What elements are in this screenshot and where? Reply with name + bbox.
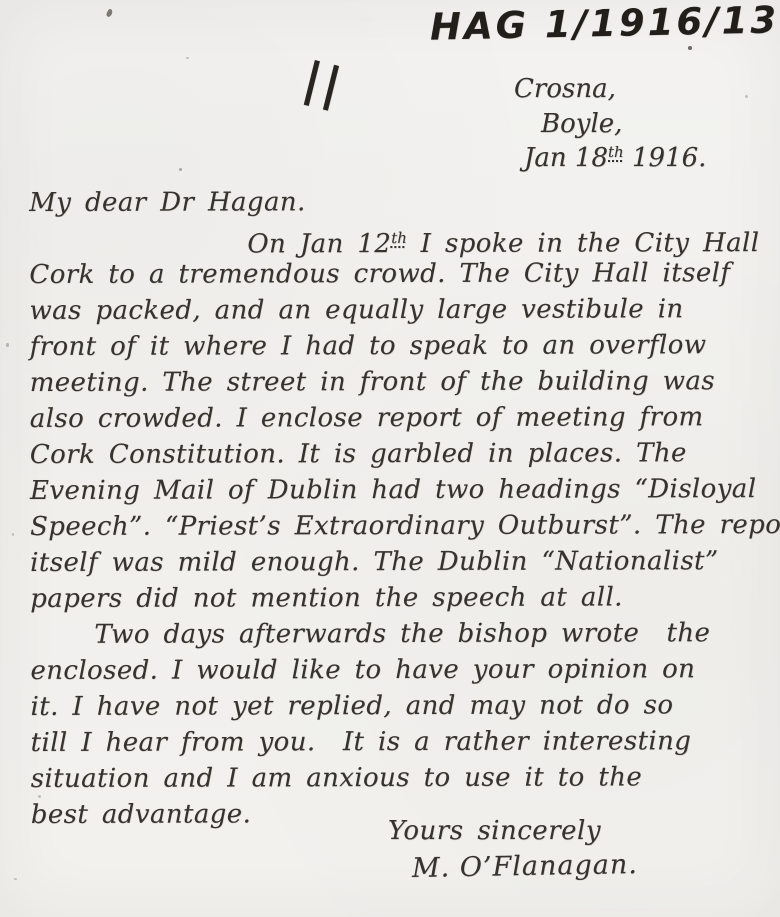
body-line: situation and I am anxious to use it to … [31, 759, 775, 797]
scan-speck [6, 343, 9, 347]
date-day: Jan 18 [524, 143, 608, 173]
date-ordinal-suffix: th [608, 143, 624, 161]
body-line: till I hear from you. It is a rather int… [31, 723, 775, 761]
scan-speck [186, 57, 189, 59]
body-line: also crowded. I enclose report of meetin… [30, 399, 774, 437]
body-line: enclosed. I would like to have your opin… [30, 651, 774, 689]
address-line-1: Crosna, [514, 74, 616, 104]
scan-speck [179, 168, 182, 171]
body-line: was packed, and an equally large vestibu… [29, 291, 773, 329]
body-line: Evening Mail of Dublin had two headings … [30, 471, 774, 509]
scanned-letter-page: HAG 1/1916/13 || Crosna, Boyle, Jan 18th… [0, 0, 780, 917]
scan-speck [105, 8, 113, 17]
ink-dot [688, 46, 692, 50]
date-line: Jan 18th 1916. [524, 143, 706, 173]
body-line: front of it where I had to speak to an o… [30, 327, 774, 365]
signature: M. O’Flanagan. [412, 849, 638, 884]
address-line-2: Boyle, [541, 109, 622, 139]
closing-valediction: Yours sincerely [388, 816, 601, 846]
date-ordinal-suffix: th [391, 229, 407, 247]
body-line-text: On Jan 12 [247, 229, 391, 259]
archive-reference: HAG 1/1916/13 [430, 0, 780, 49]
scan-speck [745, 95, 748, 98]
body-line: Cork to a tremendous crowd. The City Hal… [29, 255, 773, 293]
body-line: Two days afterwards the bishop wrote the [30, 615, 774, 653]
body-line: itself was mild enough. The Dublin “Nati… [30, 543, 774, 581]
body-line: On Jan 12th I spoke in the City Hall [29, 219, 773, 257]
scan-speck [14, 878, 17, 880]
letter-body: My dear Dr Hagan. On Jan 12th I spoke in… [29, 183, 775, 833]
body-line: Cork Constitution. It is garbled in plac… [30, 435, 774, 473]
body-line: Speech”. “Priest’s Extraordinary Outburs… [30, 507, 774, 545]
body-line: it. I have not yet replied, and may not … [30, 687, 774, 725]
scan-speck [38, 795, 41, 798]
salutation: My dear Dr Hagan. [29, 183, 773, 221]
scan-speck [12, 533, 14, 536]
double-stroke-mark: || [298, 51, 349, 113]
body-line: meeting. The street in front of the buil… [30, 363, 774, 401]
date-year: 1916. [624, 143, 707, 173]
body-line: papers did not mention the speech at all… [30, 579, 774, 617]
